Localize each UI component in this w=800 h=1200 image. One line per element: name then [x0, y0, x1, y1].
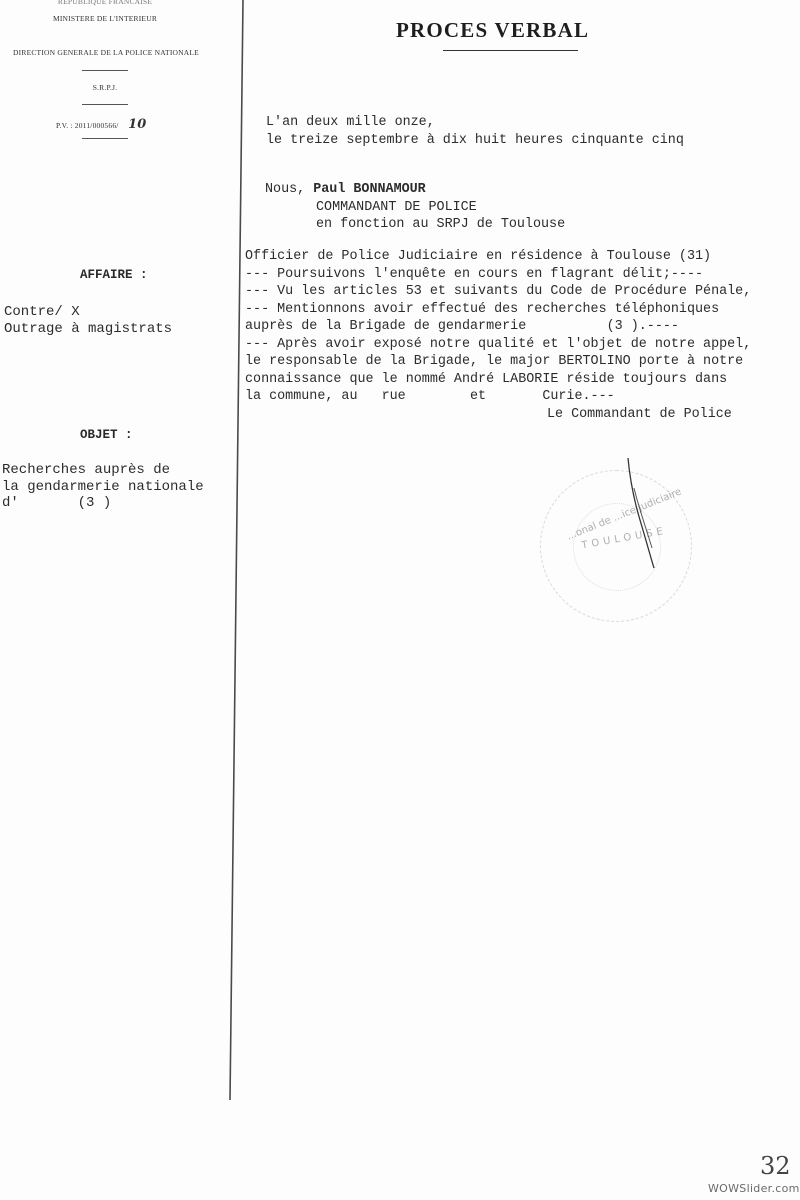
main-paragraph: Officier de Police Judiciaire en résiden… — [245, 248, 751, 423]
objet-line: la gendarmerie nationale — [2, 479, 204, 496]
header-direction: DIRECTION GENERALE DE LA POLICE NATIONAL… — [0, 48, 212, 57]
official-stamp: ...onal de ...ice Judiciaire TOULOUSE — [540, 470, 692, 622]
affaire-line: Outrage à magistrats — [4, 321, 172, 338]
officer-intro: Nous, — [265, 182, 313, 197]
pv-handwritten-suffix: 10 — [128, 117, 146, 132]
pv-number-text: P.V. : 2011/000566/ — [56, 121, 119, 130]
paragraph-line: connaissance que le nommé André LABORIE … — [245, 371, 751, 389]
officer-name-line: Nous, Paul BONNAMOUR — [265, 181, 565, 199]
officer-name: Paul BONNAMOUR — [313, 182, 426, 197]
watermark: WOWSlider.com — [708, 1182, 800, 1195]
officer-block: Nous, Paul BONNAMOUR COMMANDANT DE POLIC… — [265, 181, 565, 234]
affaire-block: Contre/ X Outrage à magistrats — [4, 304, 172, 337]
page-number: 32 — [760, 1152, 791, 1180]
officer-rank: COMMANDANT DE POLICE — [265, 199, 565, 217]
pv-number: P.V. : 2011/000566/ 10 — [56, 115, 146, 133]
paragraph-line: auprès de la Brigade de gendarmerie (3 )… — [245, 318, 751, 336]
header-rule-2 — [82, 104, 128, 105]
affaire-heading: AFFAIRE : — [80, 268, 148, 282]
signature-title: Le Commandant de Police — [245, 406, 751, 424]
page-title: PROCES VERBAL — [396, 18, 589, 43]
header-ministry: MINISTERE DE L'INTERIEUR — [20, 14, 190, 23]
paragraph-line: --- Après avoir exposé notre qualité et … — [245, 336, 751, 354]
header-rule-1 — [82, 70, 128, 71]
paragraph-line: la commune, au rue et Curie.--- — [245, 388, 751, 406]
paragraph-line: Officier de Police Judiciaire en résiden… — [245, 248, 751, 266]
date-line: le treize septembre à dix huit heures ci… — [266, 132, 684, 150]
objet-line: Recherches auprès de — [2, 462, 204, 479]
title-underline — [443, 50, 578, 51]
date-block: L'an deux mille onze, le treize septembr… — [266, 114, 684, 149]
affaire-line: Contre/ X — [4, 304, 172, 321]
signature-stroke — [0, 0, 800, 1200]
paragraph-line: --- Vu les articles 53 et suivants du Co… — [245, 283, 751, 301]
column-divider — [0, 0, 800, 1200]
header-republic: REPUBLIQUE FRANCAISE — [40, 0, 170, 6]
header-rule-3 — [82, 138, 128, 139]
header-service: S.R.P.J. — [60, 83, 150, 92]
paragraph-line: --- Mentionnons avoir effectué des reche… — [245, 301, 751, 319]
officer-assignment: en fonction au SRPJ de Toulouse — [265, 216, 565, 234]
objet-heading: OBJET : — [80, 428, 133, 442]
objet-line: d' (3 ) — [2, 495, 204, 512]
date-line: L'an deux mille onze, — [266, 114, 684, 132]
paragraph-line: le responsable de la Brigade, le major B… — [245, 353, 751, 371]
paragraph-line: --- Poursuivons l'enquête en cours en fl… — [245, 266, 751, 284]
objet-block: Recherches auprès de la gendarmerie nati… — [2, 462, 204, 512]
